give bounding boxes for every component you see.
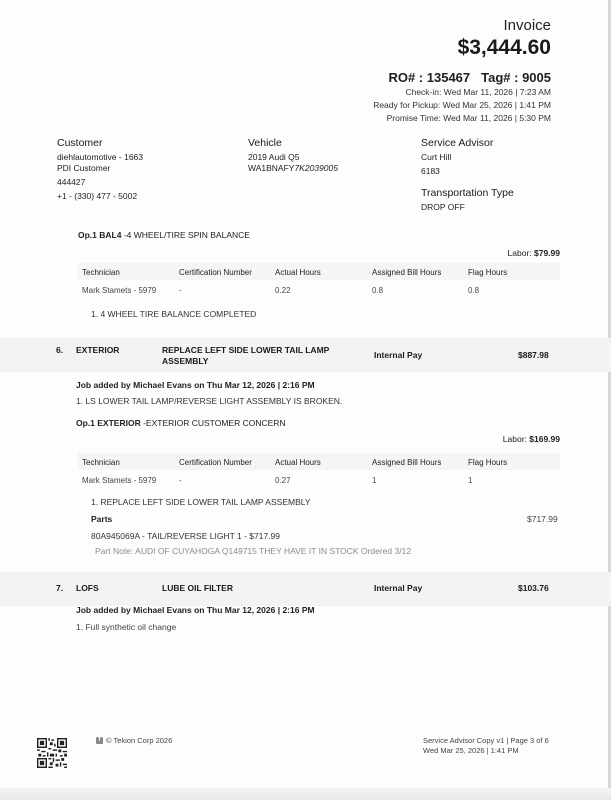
parts-label-text: Parts [91, 514, 112, 524]
customer-name: diehlautomotive - 1663 [57, 152, 143, 163]
job-total: $103.76 [518, 583, 549, 594]
vehicle-heading: Vehicle [248, 137, 338, 150]
col-flag-hours: Flag Hours [468, 458, 507, 467]
customer-type: PDI Customer [57, 163, 143, 174]
labor-value: $79.99 [534, 248, 560, 258]
ready-for-pickup-time: Ready for Pickup: Wed Mar 25, 2026 | 1:4… [373, 99, 551, 112]
added-by-text: Job added by Michael Evans on Thu Mar 12… [76, 605, 315, 615]
transportation-heading: Transportation Type [421, 187, 514, 200]
col-assigned-bill-hours: Assigned Bill Hours [372, 268, 441, 277]
job-number: 6. [56, 345, 63, 356]
job-title-line1: REPLACE LEFT SIDE LOWER TAIL LAMP [162, 345, 329, 356]
transportation-value: DROP OFF [421, 202, 514, 213]
vehicle-vin: WA1BNAFY7K2039005 [248, 163, 338, 174]
part-note: Part Note: AUDI OF CUYAHOGA Q149715 THEY… [95, 546, 411, 556]
footer-copyright: T © Tekion Corp 2026 [96, 736, 172, 745]
certification-number: - [179, 476, 182, 485]
vehicle-block: Vehicle 2019 Audi Q5 WA1BNAFY7K2039005 [248, 137, 338, 174]
col-certification-number: Certification Number [179, 458, 252, 467]
job-pay-type: Internal Pay [374, 583, 422, 594]
op-exterior-desc: -EXTERIOR CUSTOMER CONCERN [141, 418, 286, 428]
labor-label: Labor: [508, 248, 534, 258]
invoice-page: Invoice $3,444.60 RO# : 135467Tag# : 900… [0, 0, 611, 800]
job-title: LUBE OIL FILTER [162, 583, 233, 594]
job-number: 7. [56, 583, 63, 594]
parts-label: Parts [91, 514, 112, 524]
op-exterior-code: Op.1 EXTERIOR [76, 418, 141, 428]
job-6-added-by: Job added by Michael Evans on Thu Mar 12… [76, 380, 315, 390]
op-exterior-story: 1. REPLACE LEFT SIDE LOWER TAIL LAMP ASS… [91, 497, 311, 507]
promise-time: Promise Time: Wed Mar 11, 2026 | 5:30 PM [373, 112, 551, 125]
tekion-logo-icon: T [96, 737, 103, 744]
job-total: $887.98 [518, 350, 549, 361]
actual-hours: 0.27 [275, 476, 291, 485]
col-assigned-bill-hours: Assigned Bill Hours [372, 458, 441, 467]
ro-number: RO# : 135467 [388, 70, 470, 85]
op-bal4-title: Op.1 BAL4 -4 WHEEL/TIRE SPIN BALANCE [78, 230, 250, 240]
job-7-concern: 1. Full synthetic oil change [76, 622, 176, 632]
printed-at: Wed Mar 25, 2026 | 1:41 PM [423, 746, 549, 756]
job-title-line2: ASSEMBLY [162, 356, 329, 367]
copy-page-info: Service Advisor Copy v1 | Page 3 of 6 [423, 736, 549, 746]
op-bal4-code: Op.1 BAL4 [78, 230, 121, 240]
col-flag-hours: Flag Hours [468, 268, 507, 277]
col-technician: Technician [82, 458, 120, 467]
service-advisor-heading: Service Advisor [421, 137, 514, 150]
job-6-concern: 1. LS LOWER TAIL LAMP/REVERSE LIGHT ASSE… [76, 396, 342, 406]
col-certification-number: Certification Number [179, 268, 252, 277]
op-exterior-title: Op.1 EXTERIOR -EXTERIOR CUSTOMER CONCERN [76, 418, 286, 428]
tag-number: Tag# : 9005 [481, 70, 551, 85]
technician-name: Mark Stamets - 5979 [82, 476, 156, 485]
labor-value: $169.99 [529, 434, 560, 444]
vehicle-model: 2019 Audi Q5 [248, 152, 338, 163]
job-code: LOFS [76, 583, 99, 594]
vin-suffix: 7K2039005 [294, 163, 338, 173]
customer-block: Customer diehlautomotive - 1663 PDI Cust… [57, 137, 143, 202]
actual-hours: 0.22 [275, 286, 291, 295]
op-exterior-labor: Labor: $169.99 [503, 434, 560, 444]
service-advisor-name: Curt Hill [421, 152, 514, 163]
invoice-total: $3,444.60 [373, 36, 551, 60]
flag-hours: 1 [468, 476, 472, 485]
customer-phone: +1 - (330) 477 - 5002 [57, 191, 143, 202]
col-actual-hours: Actual Hours [275, 458, 321, 467]
col-technician: Technician [82, 268, 120, 277]
flag-hours: 0.8 [468, 286, 479, 295]
assigned-bill-hours: 1 [372, 476, 376, 485]
op-bal4-labor: Labor: $79.99 [508, 248, 560, 258]
invoice-header: Invoice $3,444.60 RO# : 135467Tag# : 900… [373, 17, 551, 125]
parts-total: $717.99 [527, 514, 558, 524]
job-pay-type: Internal Pay [374, 350, 422, 361]
check-in-time: Check-in: Wed Mar 11, 2026 | 7:23 AM [373, 86, 551, 99]
labor-label: Labor: [503, 434, 529, 444]
qr-code-icon [37, 738, 67, 768]
job-7-added-by: Job added by Michael Evans on Thu Mar 12… [76, 605, 315, 615]
service-advisor-block: Service Advisor Curt Hill 6183 Transport… [421, 137, 514, 213]
invoice-title: Invoice [373, 17, 551, 35]
part-line: 80A945069A - TAIL/REVERSE LIGHT 1 - $717… [91, 531, 280, 541]
certification-number: - [179, 286, 182, 295]
copyright-text: © Tekion Corp 2026 [106, 736, 172, 745]
customer-heading: Customer [57, 137, 143, 150]
added-by-text: Job added by Michael Evans on Thu Mar 12… [76, 380, 315, 390]
service-advisor-id: 6183 [421, 166, 514, 177]
ro-tag-line: RO# : 135467Tag# : 9005 [373, 70, 551, 86]
customer-number: 444427 [57, 177, 143, 188]
col-actual-hours: Actual Hours [275, 268, 321, 277]
job-code: EXTERIOR [76, 345, 119, 356]
scan-bottom-band [0, 788, 611, 800]
op-bal4-story: 1. 4 WHEEL TIRE BALANCE COMPLETED [91, 309, 256, 319]
technician-name: Mark Stamets - 5979 [82, 286, 156, 295]
footer-copy-info: Service Advisor Copy v1 | Page 3 of 6 We… [423, 736, 549, 756]
assigned-bill-hours: 0.8 [372, 286, 383, 295]
job-title: REPLACE LEFT SIDE LOWER TAIL LAMP ASSEMB… [162, 345, 329, 367]
op-bal4-desc: -4 WHEEL/TIRE SPIN BALANCE [121, 230, 249, 240]
vin-prefix: WA1BNAFY [248, 163, 294, 173]
